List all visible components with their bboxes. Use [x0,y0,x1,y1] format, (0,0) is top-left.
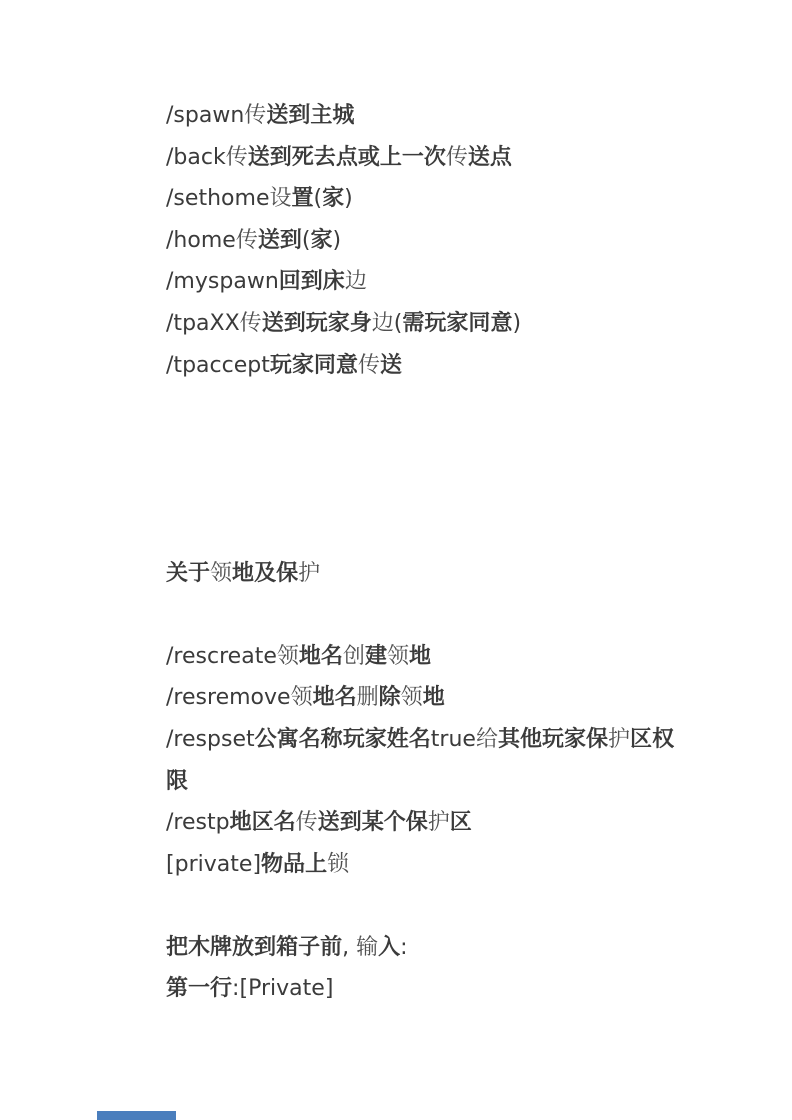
command-line-tpa: /tpaXX传送到玩家身边(需玩家同意) [166,303,682,345]
document-page: /spawn传送到主城 /back传送到死去点或上一次传送点 /sethome设… [0,0,792,1120]
command-line-spawn: /spawn传送到主城 [166,95,682,137]
command-line-myspawn: /myspawn回到床边 [166,261,682,303]
section-heading-territory: 关于领地及保护 [166,553,682,595]
section-gap [166,386,682,552]
heading-gap [166,594,682,636]
page-content: /spawn传送到主城 /back传送到死去点或上一次传送点 /sethome设… [166,95,682,1010]
command-line-rescreate: /rescreate领地名创建领地 [166,636,682,678]
command-line-home: /home传送到(家) [166,220,682,262]
command-line-restp: /restp地区名传送到某个保护区 [166,802,682,844]
bottom-accent-bar [97,1111,176,1120]
command-line-private: [private]物品上锁 [166,844,682,886]
instruction-line-sign: 把木牌放到箱子前, 输入: [166,927,682,969]
command-line-respset: /respset公寓名称玩家姓名true给其他玩家保护区权限 [166,719,682,802]
command-line-resremove: /resremove领地名删除领地 [166,677,682,719]
command-line-back: /back传送到死去点或上一次传送点 [166,137,682,179]
command-line-tpaccept: /tpaccept玩家同意传送 [166,345,682,387]
command-line-sethome: /sethome设置(家) [166,178,682,220]
paragraph-gap [166,885,682,927]
instruction-line-first-row: 第一行:[Private] [166,968,682,1010]
